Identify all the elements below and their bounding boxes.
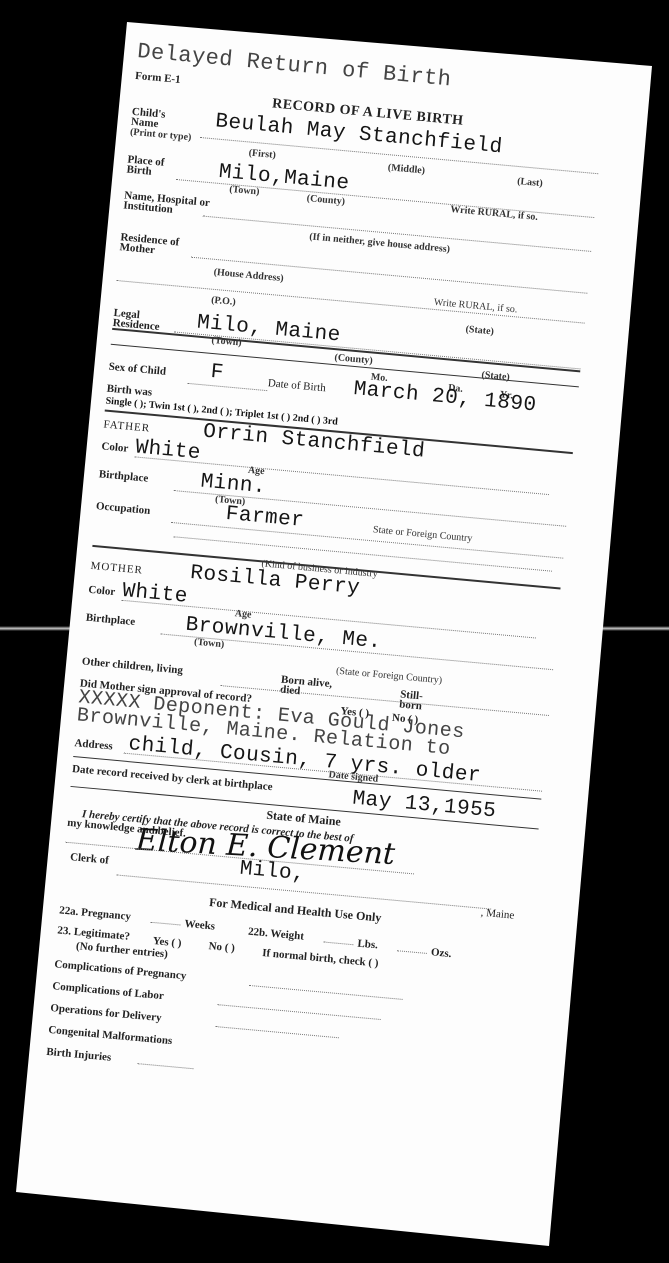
address-label: Address bbox=[74, 738, 113, 751]
birth-injuries-label: Birth Injuries bbox=[46, 1047, 112, 1063]
father-label: FATHER bbox=[103, 419, 150, 433]
maine-suffix: , Maine bbox=[480, 908, 514, 921]
occupation-label: Occupation bbox=[96, 501, 151, 516]
form-content: Delayed Return of Birth Form E-1 RECORD … bbox=[46, 45, 607, 1103]
father-color-label: Color bbox=[101, 441, 129, 453]
sex-value: F bbox=[210, 361, 225, 385]
weeks-label: Weeks bbox=[184, 919, 215, 932]
sex-line bbox=[187, 383, 267, 391]
legal-state-label: (State) bbox=[481, 370, 510, 384]
mother-color-label: Color bbox=[88, 585, 116, 597]
place-of-birth-label: Place of Birth bbox=[126, 155, 178, 179]
birth-injuries-line[interactable] bbox=[138, 1063, 194, 1069]
sex-label: Sex of Child bbox=[108, 362, 166, 377]
birth-record-sheet: Delayed Return of Birth Form E-1 RECORD … bbox=[0, 0, 669, 1263]
other-children-label: Other children, living bbox=[81, 656, 183, 675]
residence-of-mother-label: Residence of Mother bbox=[119, 232, 191, 258]
hospital-label: Name, Hospital or Institution bbox=[123, 190, 244, 221]
mother-birthplace-label: Birthplace bbox=[85, 613, 135, 627]
po-label: (P.O.) bbox=[211, 295, 237, 308]
father-birthplace-label: Birthplace bbox=[98, 469, 148, 483]
mother-label: MOTHER bbox=[90, 561, 143, 576]
weeks-line bbox=[150, 922, 180, 926]
form-number: Form E-1 bbox=[135, 71, 181, 85]
dob-label: Date of Birth bbox=[267, 378, 326, 393]
first-label: (First) bbox=[248, 147, 276, 160]
